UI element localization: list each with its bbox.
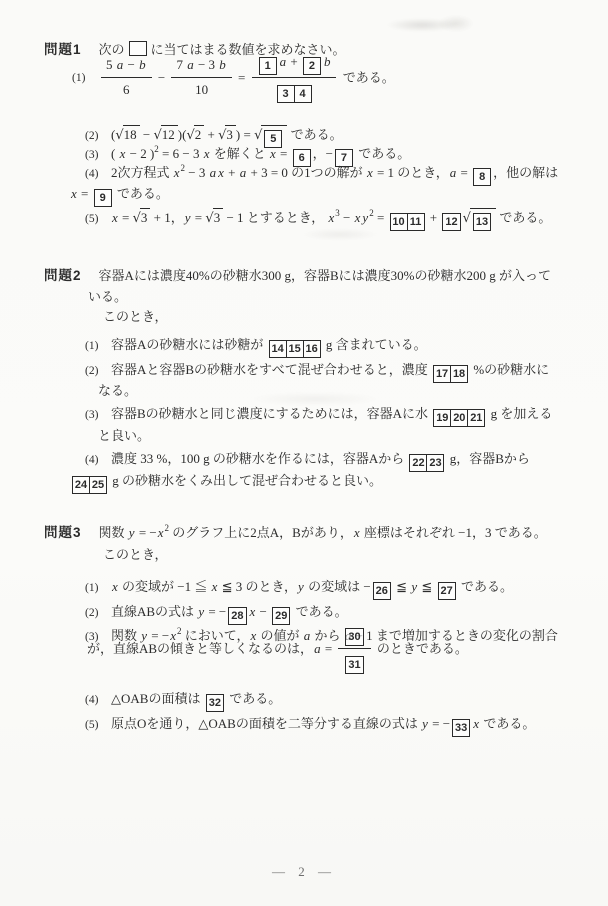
text-run: − 3 xyxy=(195,57,219,72)
p1-item-4-math: 2次方程式 x2 − 3 ax + a + 3 = 0 の1つの解が x = 1… xyxy=(111,165,558,180)
answer-box-8: 8 xyxy=(473,168,491,186)
text-run: − xyxy=(340,210,354,225)
text-run: 5 xyxy=(106,57,116,72)
math-variable: a xyxy=(313,639,322,659)
answer-box-27: 27 xyxy=(438,582,456,600)
text-run: 容器Bの砂糖水と同じ濃度にするためには，容器Aに水 xyxy=(111,406,431,421)
answer-box-18: 18 xyxy=(450,366,467,382)
answer-box-group: 192021 xyxy=(433,409,485,427)
text-run: g の砂糖水をくみ出して混ぜ合わせると良い。 xyxy=(109,473,382,488)
math-variable: a xyxy=(186,57,195,72)
text-run: である。 xyxy=(339,68,394,88)
math-variable: a xyxy=(239,165,248,180)
answer-box-33: 33 xyxy=(452,719,470,737)
text-run: = xyxy=(322,639,336,659)
radicand: 3 xyxy=(213,208,224,225)
text-run: + xyxy=(225,165,239,180)
text-run: 10 xyxy=(195,82,208,97)
text-run: = xyxy=(374,210,388,225)
math-variable: a xyxy=(449,165,458,180)
radicand: 13 xyxy=(470,208,496,225)
text-run: − 3 xyxy=(185,165,209,180)
text-run: 容器Aと容器Bの砂糖水をすべて混ぜ合わせると，濃度 xyxy=(111,362,431,377)
p3-item-3b-math: が，直線ABの傾きと等しくなるのは，a = 3031 のときである。 xyxy=(87,624,468,675)
answer-box-24: 24 xyxy=(73,477,89,493)
answer-box-1: 1 xyxy=(259,57,277,75)
answer-box-19: 19 xyxy=(434,410,450,426)
text-run: g を加える xyxy=(487,406,552,421)
answer-box-31: 31 xyxy=(345,656,363,674)
text-run: 座標はそれぞれ −1，3 である。 xyxy=(361,525,547,540)
math-variable: b xyxy=(323,54,332,69)
text-run: + xyxy=(427,210,441,225)
text-run: = xyxy=(119,210,133,225)
text-run: である。 xyxy=(480,716,535,731)
math-variable: a xyxy=(209,165,218,180)
answer-box-26: 26 xyxy=(373,582,391,600)
answer-box-17: 17 xyxy=(434,366,450,382)
item-number: (5) xyxy=(85,715,111,735)
math-variable: y xyxy=(184,210,192,225)
text-run: 容器Aには濃度40%の砂糖水300 g，容器Bには濃度30%の砂糖水200 g … xyxy=(99,268,551,283)
math-variable: y xyxy=(421,716,429,731)
scan-artifact xyxy=(438,15,474,32)
fraction-numerator: 30 xyxy=(338,623,370,649)
answer-box-3: 3 xyxy=(278,86,294,102)
answer-box-group: 2425 xyxy=(72,476,107,494)
answer-box-group: 34 xyxy=(277,85,312,103)
answer-box-25: 25 xyxy=(89,477,106,493)
math-variable: a xyxy=(116,57,125,72)
text-run: のグラフ上に2点A，Bがあり， xyxy=(169,525,353,540)
math-variable: x xyxy=(366,165,374,180)
answer-box-group: 2223 xyxy=(409,454,444,472)
p2-item-2-math: 容器Aと容器Bの砂糖水をすべて混ぜ合わせると，濃度 1718 %の砂糖水に xyxy=(111,362,549,377)
answer-box-21: 21 xyxy=(467,410,484,426)
text-run: である。 xyxy=(496,210,551,225)
item-number: (1) xyxy=(72,68,98,88)
text-run: + 3 = 0 の1つの解が xyxy=(247,165,366,180)
text-run: − xyxy=(155,68,169,88)
text-run: = xyxy=(192,210,206,225)
text-run: = − xyxy=(429,716,450,731)
answer-box-22: 22 xyxy=(410,455,426,471)
fraction: 5 a − b6 xyxy=(101,55,152,100)
p3-item-3-continuation: が，直線ABの傾きと等しくなるのは，a = 3031 のときである。 xyxy=(87,626,468,672)
problem2-intro: 容器Aには濃度40%の砂糖水300 g，容器Bには濃度30%の砂糖水200 g … xyxy=(99,268,551,283)
text-run: 6 xyxy=(123,82,130,97)
p1-item-1: (1)5 a − b6 − 7 a − 3 b10 = 1a + 2b34 であ… xyxy=(72,56,395,100)
problem1-label: 問題1 xyxy=(44,42,82,57)
p1-item-1-math: 5 a − b6 − 7 a − 3 b10 = 1a + 2b34 である。 xyxy=(98,53,395,104)
item-number: (5) xyxy=(85,209,111,229)
answer-box-12: 12 xyxy=(442,213,460,231)
text-run: = xyxy=(457,165,471,180)
answer-box-11: 11 xyxy=(407,214,424,230)
text-run: ≦ xyxy=(418,579,435,594)
text-run: ，他の解は xyxy=(493,165,558,180)
math-variable: x xyxy=(472,716,480,731)
radical-sign: √ xyxy=(463,211,470,226)
text-run: − xyxy=(124,57,138,72)
answer-box-group: 1011 xyxy=(390,213,425,231)
p2-item-4b-math: 2425 g の砂糖水をくみ出して混ぜ合わせると良い。 xyxy=(70,473,382,488)
p1-item-5-math: x = √3 + 1，y = √3 − 1 とするとき， x3 − xy2 = … xyxy=(111,210,551,225)
square-root: √3 xyxy=(133,210,151,225)
problem3-label: 問題3 xyxy=(44,525,82,540)
fraction: 3031 xyxy=(338,623,370,674)
page-number: — 2 — xyxy=(0,864,608,880)
square-root: √13 xyxy=(463,210,497,225)
square-root: √3 xyxy=(205,210,223,225)
text-run: 7 xyxy=(176,57,186,72)
fraction-denominator: 10 xyxy=(171,78,231,100)
text-run: = xyxy=(235,68,249,88)
text-run: 原点Oを通り，△OABの面積を二等分する直線の式は xyxy=(111,716,421,731)
text-run: = 1 のとき， xyxy=(374,165,449,180)
math-variable: x xyxy=(173,165,181,180)
math-variable: b xyxy=(138,57,147,72)
answer-box-23: 23 xyxy=(426,455,443,471)
radical-sign: √ xyxy=(133,211,140,226)
math-variable: x xyxy=(353,525,361,540)
scanned-exam-page: 問題1次のに当てはまる数値を求めなさい。 (1)5 a − b6 − 7 a −… xyxy=(0,0,608,906)
text-run: 3 xyxy=(214,210,221,225)
fraction-numerator: 5 a − b xyxy=(101,55,152,78)
math-variable: b xyxy=(218,57,227,72)
answer-box-30: 30 xyxy=(345,628,363,646)
text-run: 3 xyxy=(141,210,148,225)
text-run: + 1， xyxy=(150,210,183,225)
answer-box-20: 20 xyxy=(450,410,467,426)
text-run: が，直線ABの傾きと等しくなるのは， xyxy=(87,639,313,659)
text-run: ≦ xyxy=(393,579,410,594)
answer-box-10: 10 xyxy=(391,214,407,230)
scan-artifact xyxy=(386,18,458,32)
math-variable: y xyxy=(410,579,418,594)
text-run: %の砂糖水に xyxy=(470,362,549,377)
fraction: 7 a − 3 b10 xyxy=(171,55,231,100)
p1-item-5: (5)x = √3 + 1，y = √3 − 1 とするとき， x3 − xy2… xyxy=(72,188,551,251)
p3-item-5: (5)原点Oを通り，△OABの面積を二等分する直線の式は y = −33x であ… xyxy=(72,694,535,757)
answer-box-4: 4 xyxy=(294,86,311,102)
fraction-numerator: 7 a − 3 b xyxy=(171,55,231,78)
text-run: である。 xyxy=(458,579,513,594)
text-run: g，容器Bから xyxy=(446,451,529,466)
p3-item-5-math: 原点Oを通り，△OABの面積を二等分する直線の式は y = −33x である。 xyxy=(111,716,535,731)
text-run: − 1 とするとき， xyxy=(223,210,327,225)
math-variable: x xyxy=(217,165,225,180)
answer-box-group: 1718 xyxy=(433,365,468,383)
text-run: のときである。 xyxy=(374,639,468,659)
radical-sign: √ xyxy=(205,211,212,226)
text-run: + xyxy=(287,54,301,69)
math-variable: a xyxy=(279,54,288,69)
fraction-numerator: 1a + 2b xyxy=(252,52,337,78)
fraction: 1a + 2b34 xyxy=(252,52,337,103)
fraction-denominator: 34 xyxy=(252,78,337,103)
math-variable: x xyxy=(111,210,119,225)
fraction-denominator: 6 xyxy=(101,78,152,100)
answer-box-13: 13 xyxy=(473,213,491,231)
p2-item-3-math: 容器Bの砂糖水と同じ濃度にするためには，容器Aに水 192021 g を加える xyxy=(111,406,552,421)
fraction-denominator: 31 xyxy=(338,649,370,674)
answer-box-2: 2 xyxy=(303,57,321,75)
radicand: 3 xyxy=(140,208,151,225)
